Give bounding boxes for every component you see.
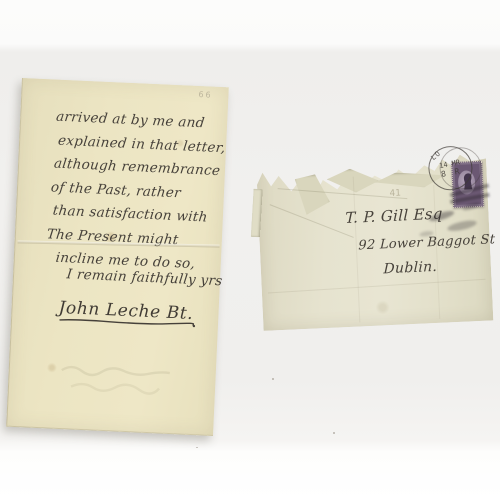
envelope-pencil-annotation: 41 [389,188,401,199]
signature-block: John Leche Bt. [58,298,197,329]
envelope: 41 T. P. Gill Esq 92 Lower Baggot St Dub… [256,153,493,331]
letter-pencil-annotation: 66 [198,90,213,100]
dust-speck [272,378,274,380]
dust-speck [333,432,335,434]
letter-page: 66 arrived at by me and explained in tha… [6,78,229,436]
photograph: 66 arrived at by me and explained in tha… [0,0,500,500]
letter-body: arrived at by me and explained in that l… [44,105,226,277]
address-line-city: Dublin. [383,259,437,277]
ink-showthrough [57,362,178,401]
dust-speck [196,447,198,448]
